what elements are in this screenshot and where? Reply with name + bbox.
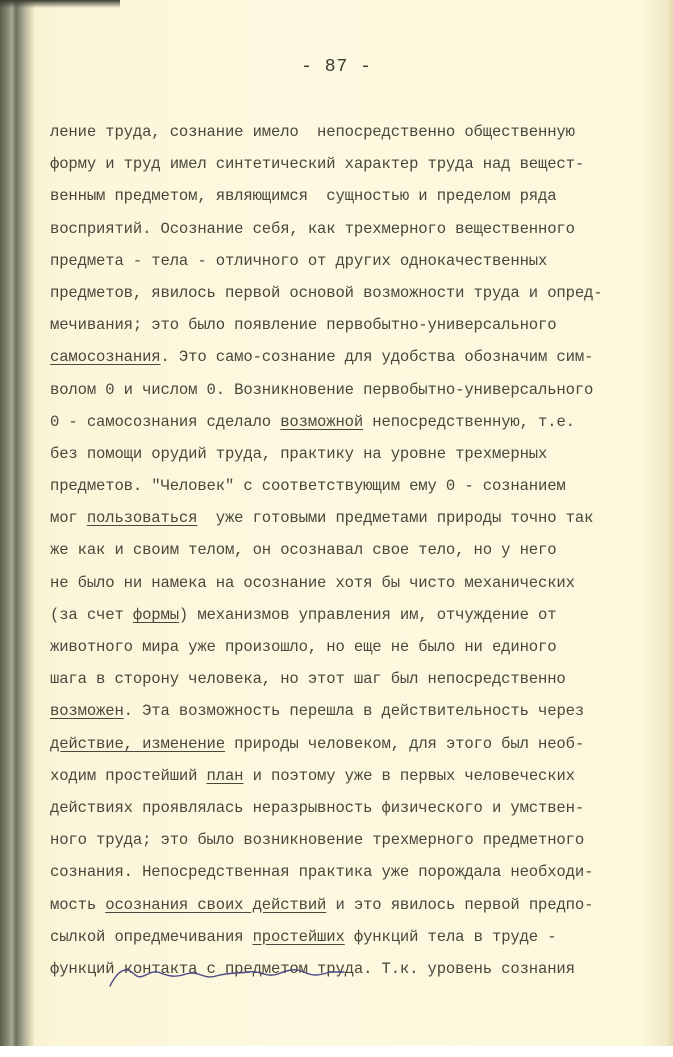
text-segment: . Эта возможность перешла в действительн… xyxy=(124,702,584,720)
text-line: форму и труд имел синтетический характер… xyxy=(50,148,650,180)
text-segment: ходим простейший xyxy=(50,767,207,785)
text-line: животного мира уже произошло, но еще не … xyxy=(50,631,650,663)
text-segment: предметов, явилось первой основой возмож… xyxy=(50,284,602,302)
text-line: мог пользоваться уже готовыми предметами… xyxy=(50,502,650,534)
underlined-phrase: пользоваться xyxy=(87,509,198,527)
document-page: - 87 - ление труда, сознание имело непос… xyxy=(0,0,673,1057)
text-segment: природы человеком, для этого был необ- xyxy=(225,735,584,753)
text-segment: восприятий. Осознание себя, как трехмерн… xyxy=(50,220,575,238)
text-segment: не было ни намека на осознание хотя бы ч… xyxy=(50,574,575,592)
page-bottom-edge xyxy=(0,1046,673,1057)
text-segment: же как и своим телом, он осознавал свое … xyxy=(50,541,556,559)
underlined-phrase: действие, изменение xyxy=(50,735,225,753)
text-segment: предмета - тела - отличного от других од… xyxy=(50,252,547,270)
text-line: (за счет формы) механизмов управления им… xyxy=(50,599,650,631)
text-line: 0 - самосознания сделало возможной непос… xyxy=(50,406,650,438)
text-line: венным предметом, являющимся сущностью и… xyxy=(50,180,650,212)
text-line: ходим простейший план и поэтому уже в пе… xyxy=(50,760,650,792)
text-segment: ление труда, сознание имело непосредстве… xyxy=(50,123,575,141)
text-segment: действиях проявлялась неразрывность физи… xyxy=(50,799,584,817)
text-segment: и поэтому уже в первых человеческих xyxy=(243,767,574,785)
text-line: шага в сторону человека, но этот шаг был… xyxy=(50,663,650,695)
text-segment: предметов. "Человек" с соответствующим е… xyxy=(50,477,566,495)
underlined-phrase: простейших xyxy=(253,928,345,946)
text-segment: ного труда; это было возникновение трехм… xyxy=(50,831,584,849)
text-line: без помощи орудий труда, практику на уро… xyxy=(50,438,650,470)
text-line: действиях проявлялась неразрывность физи… xyxy=(50,792,650,824)
text-segment: форму и труд имел синтетический характер… xyxy=(50,155,584,173)
underlined-phrase: план xyxy=(207,767,244,785)
text-line: предметов. "Человек" с соответствующим е… xyxy=(50,470,650,502)
text-segment: мог xyxy=(50,509,87,527)
underlined-phrase: формы xyxy=(133,606,179,624)
text-segment: сознания. Непосредственная практика уже … xyxy=(50,863,593,881)
underlined-phrase: возможной xyxy=(280,413,363,431)
underlined-phrase: осознания своих действий xyxy=(105,896,326,914)
text-line: ление труда, сознание имело непосредстве… xyxy=(50,116,650,148)
text-segment: мость xyxy=(50,896,105,914)
text-segment: венным предметом, являющимся сущностью и… xyxy=(50,187,556,205)
text-segment: без помощи орудий труда, практику на уро… xyxy=(50,445,547,463)
text-segment: 0 - самосознания сделало xyxy=(50,413,280,431)
page-edge xyxy=(667,0,673,1046)
handwritten-squiggle-mark xyxy=(108,960,348,992)
text-line: возможен. Эта возможность перешла в дейс… xyxy=(50,695,650,727)
text-line: предмета - тела - отличного от других од… xyxy=(50,245,650,277)
text-segment: . Это само-сознание для удобства обознач… xyxy=(161,348,594,366)
text-segment: мечивания; это было появление первобытно… xyxy=(50,316,556,334)
underlined-phrase: самосознания xyxy=(50,348,161,366)
typewritten-text: ление труда, сознание имело непосредстве… xyxy=(50,116,650,985)
book-binding xyxy=(0,0,34,1057)
binding-shadow xyxy=(0,0,120,8)
text-line: не было ни намека на осознание хотя бы ч… xyxy=(50,567,650,599)
text-segment: и это явилось первой предпо- xyxy=(326,896,593,914)
underlined-phrase: возможен xyxy=(50,702,124,720)
text-segment: непосредственную, т.е. xyxy=(363,413,575,431)
text-segment: (за счет xyxy=(50,606,133,624)
text-line: действие, изменение природы человеком, д… xyxy=(50,728,650,760)
text-segment: сылкой опредмечивания xyxy=(50,928,253,946)
text-segment: функций тела в труде - xyxy=(345,928,557,946)
text-segment: шага в сторону человека, но этот шаг был… xyxy=(50,670,566,688)
text-line: мечивания; это было появление первобытно… xyxy=(50,309,650,341)
text-line: сознания. Непосредственная практика уже … xyxy=(50,856,650,888)
text-segment: уже готовыми предметами природы точно та… xyxy=(197,509,593,527)
text-segment: ) механизмов управления им, отчуждение о… xyxy=(179,606,557,624)
text-segment: волом 0 и числом 0. Возникновение первоб… xyxy=(50,381,593,399)
text-line: предметов, явилось первой основой возмож… xyxy=(50,277,650,309)
text-segment: животного мира уже произошло, но еще не … xyxy=(50,638,556,656)
page-number: - 87 - xyxy=(0,57,673,77)
text-line: волом 0 и числом 0. Возникновение первоб… xyxy=(50,374,650,406)
text-line: сылкой опредмечивания простейших функций… xyxy=(50,921,650,953)
text-line: восприятий. Осознание себя, как трехмерн… xyxy=(50,213,650,245)
text-line: ного труда; это было возникновение трехм… xyxy=(50,824,650,856)
text-line: мость осознания своих действий и это яви… xyxy=(50,889,650,921)
text-line: самосознания. Это само-сознание для удоб… xyxy=(50,341,650,373)
text-line: же как и своим телом, он осознавал свое … xyxy=(50,534,650,566)
